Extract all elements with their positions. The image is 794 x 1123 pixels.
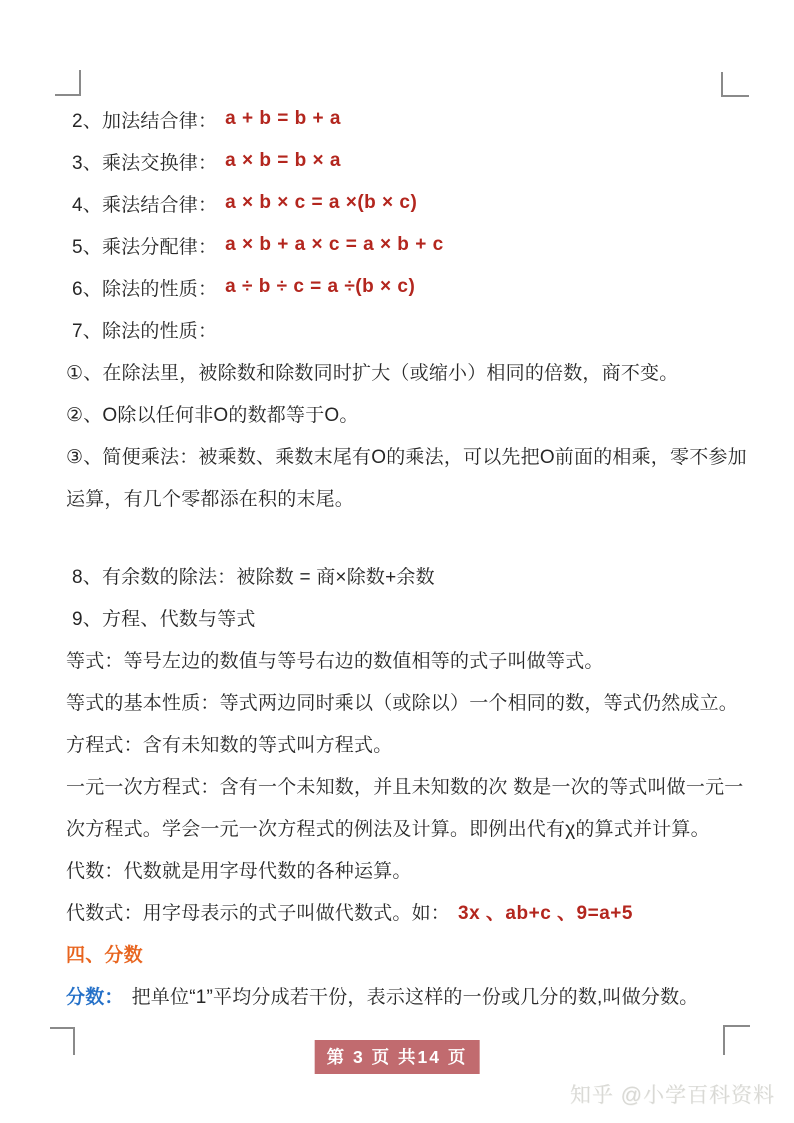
line-label: 代数：代数就是用字母代数的各种运算。 [66, 856, 412, 883]
line-fraction-definition: 分数： 把单位“1”平均分成若干份，表示这样的一份或几分的数,叫做分数。 [66, 974, 736, 1016]
line-label: 代数式：用字母表示的式子叫做代数式。如： [66, 898, 450, 925]
crop-mark-bottom-left-icon [50, 1027, 75, 1055]
line-multiplication-distributive-law: 5、乘法分配律： a × b + a × c = a × b + c [66, 224, 736, 266]
formula-text: a ÷ b ÷ c = a ÷(b × c) [225, 276, 415, 298]
line-equality-definition: 等式：等号左边的数值与等号右边的数值相等的式子叫做等式。 [66, 638, 736, 680]
line-label: 5、乘法分配律： [72, 232, 217, 259]
line-label: 等式：等号左边的数值与等号右边的数值相等的式子叫做等式。 [66, 646, 604, 673]
line-label: 等式的基本性质：等式两边同时乘以（或除以）一个相同的数，等式仍然成立。 [66, 688, 738, 715]
line-label: 一元一次方程式：含有一个未知数，并且未知数的次 数是一次的等式叫做一元一 [66, 772, 743, 799]
line-division-property-formula: 6、除法的性质： a ÷ b ÷ c = a ÷(b × c) [66, 266, 736, 308]
crop-mark-top-right-icon [721, 72, 749, 97]
zhihu-watermark: 知乎 @小学百科资料 [570, 1079, 775, 1109]
section-heading-fractions: 四、分数 [66, 932, 736, 974]
line-label: 6、除法的性质： [72, 274, 217, 301]
line-label: 次方程式。学会一元一次方程式的例法及计算。即例出代有χ的算式并计算。 [66, 814, 710, 841]
line-label: 8、有余数的除法：被除数 = 商×除数+余数 [72, 562, 435, 589]
formula-text: 3x 、ab+c 、9=a+5 [458, 898, 633, 925]
page-number-badge: 第 3 页 共14 页 [315, 1040, 480, 1074]
line-linear-equation-continued: 次方程式。学会一元一次方程式的例法及计算。即例出代有χ的算式并计算。 [66, 806, 736, 848]
term-label: 分数： [66, 982, 124, 1009]
line-multiplication-associative-law: 4、乘法结合律： a × b × c = a ×(b × c) [66, 182, 736, 224]
line-algebra-definition: 代数：代数就是用字母代数的各种运算。 [66, 848, 736, 890]
line-label: 9、方程、代数与等式 [72, 604, 256, 631]
crop-mark-bottom-right-icon [723, 1025, 750, 1055]
document-page: { "content": { "lines": [ { "text": "2、加… [0, 0, 794, 1123]
definition-text: 把单位“1”平均分成若干份，表示这样的一份或几分的数,叫做分数。 [132, 982, 699, 1009]
line-equation-algebra-heading: 9、方程、代数与等式 [66, 596, 736, 638]
line-label: 方程式：含有未知数的等式叫方程式。 [66, 730, 392, 757]
formula-text: a × b = b × a [225, 150, 341, 172]
line-division-note-3-continued: 运算，有几个零都添在积的末尾。 [66, 476, 736, 518]
line-equation-definition: 方程式：含有未知数的等式叫方程式。 [66, 722, 736, 764]
line-equality-basic-property: 等式的基本性质：等式两边同时乘以（或除以）一个相同的数，等式仍然成立。 [66, 680, 736, 722]
line-algebraic-expression-definition: 代数式：用字母表示的式子叫做代数式。如： 3x 、ab+c 、9=a+5 [66, 890, 736, 932]
line-division-property-heading: 7、除法的性质： [66, 308, 736, 350]
formula-text: a + b = b + a [225, 108, 341, 130]
line-label: 3、乘法交换律： [72, 148, 217, 175]
crop-mark-top-left-icon [55, 70, 81, 96]
line-label: ③、简便乘法：被乘数、乘数末尾有O的乘法，可以先把O前面的相乘，零不参加 [66, 442, 747, 469]
formula-text: a × b × c = a ×(b × c) [225, 192, 417, 214]
formula-text: a × b + a × c = a × b + c [225, 234, 443, 256]
line-label: ②、O除以任何非O的数都等于O。 [66, 400, 359, 427]
line-addition-associative-law: 2、加法结合律： a + b = b + a [66, 98, 736, 140]
line-label: 2、加法结合律： [72, 106, 217, 133]
document-body: 2、加法结合律： a + b = b + a 3、乘法交换律： a × b = … [66, 98, 736, 1016]
line-division-note-3: ③、简便乘法：被乘数、乘数末尾有O的乘法，可以先把O前面的相乘，零不参加 [66, 434, 736, 476]
line-linear-equation-definition: 一元一次方程式：含有一个未知数，并且未知数的次 数是一次的等式叫做一元一 [66, 764, 736, 806]
line-label: 运算，有几个零都添在积的末尾。 [66, 484, 354, 511]
line-multiplication-commutative-law: 3、乘法交换律： a × b = b × a [66, 140, 736, 182]
section-heading-label: 四、分数 [66, 940, 143, 967]
line-remainder-division: 8、有余数的除法：被除数 = 商×除数+余数 [66, 554, 736, 596]
line-label: 4、乘法结合律： [72, 190, 217, 217]
line-label: 7、除法的性质： [72, 316, 217, 343]
line-division-note-2: ②、O除以任何非O的数都等于O。 [66, 392, 736, 434]
line-division-note-1: ①、在除法里，被除数和除数同时扩大（或缩小）相同的倍数，商不变。 [66, 350, 736, 392]
line-label: ①、在除法里，被除数和除数同时扩大（或缩小）相同的倍数，商不变。 [66, 358, 678, 385]
